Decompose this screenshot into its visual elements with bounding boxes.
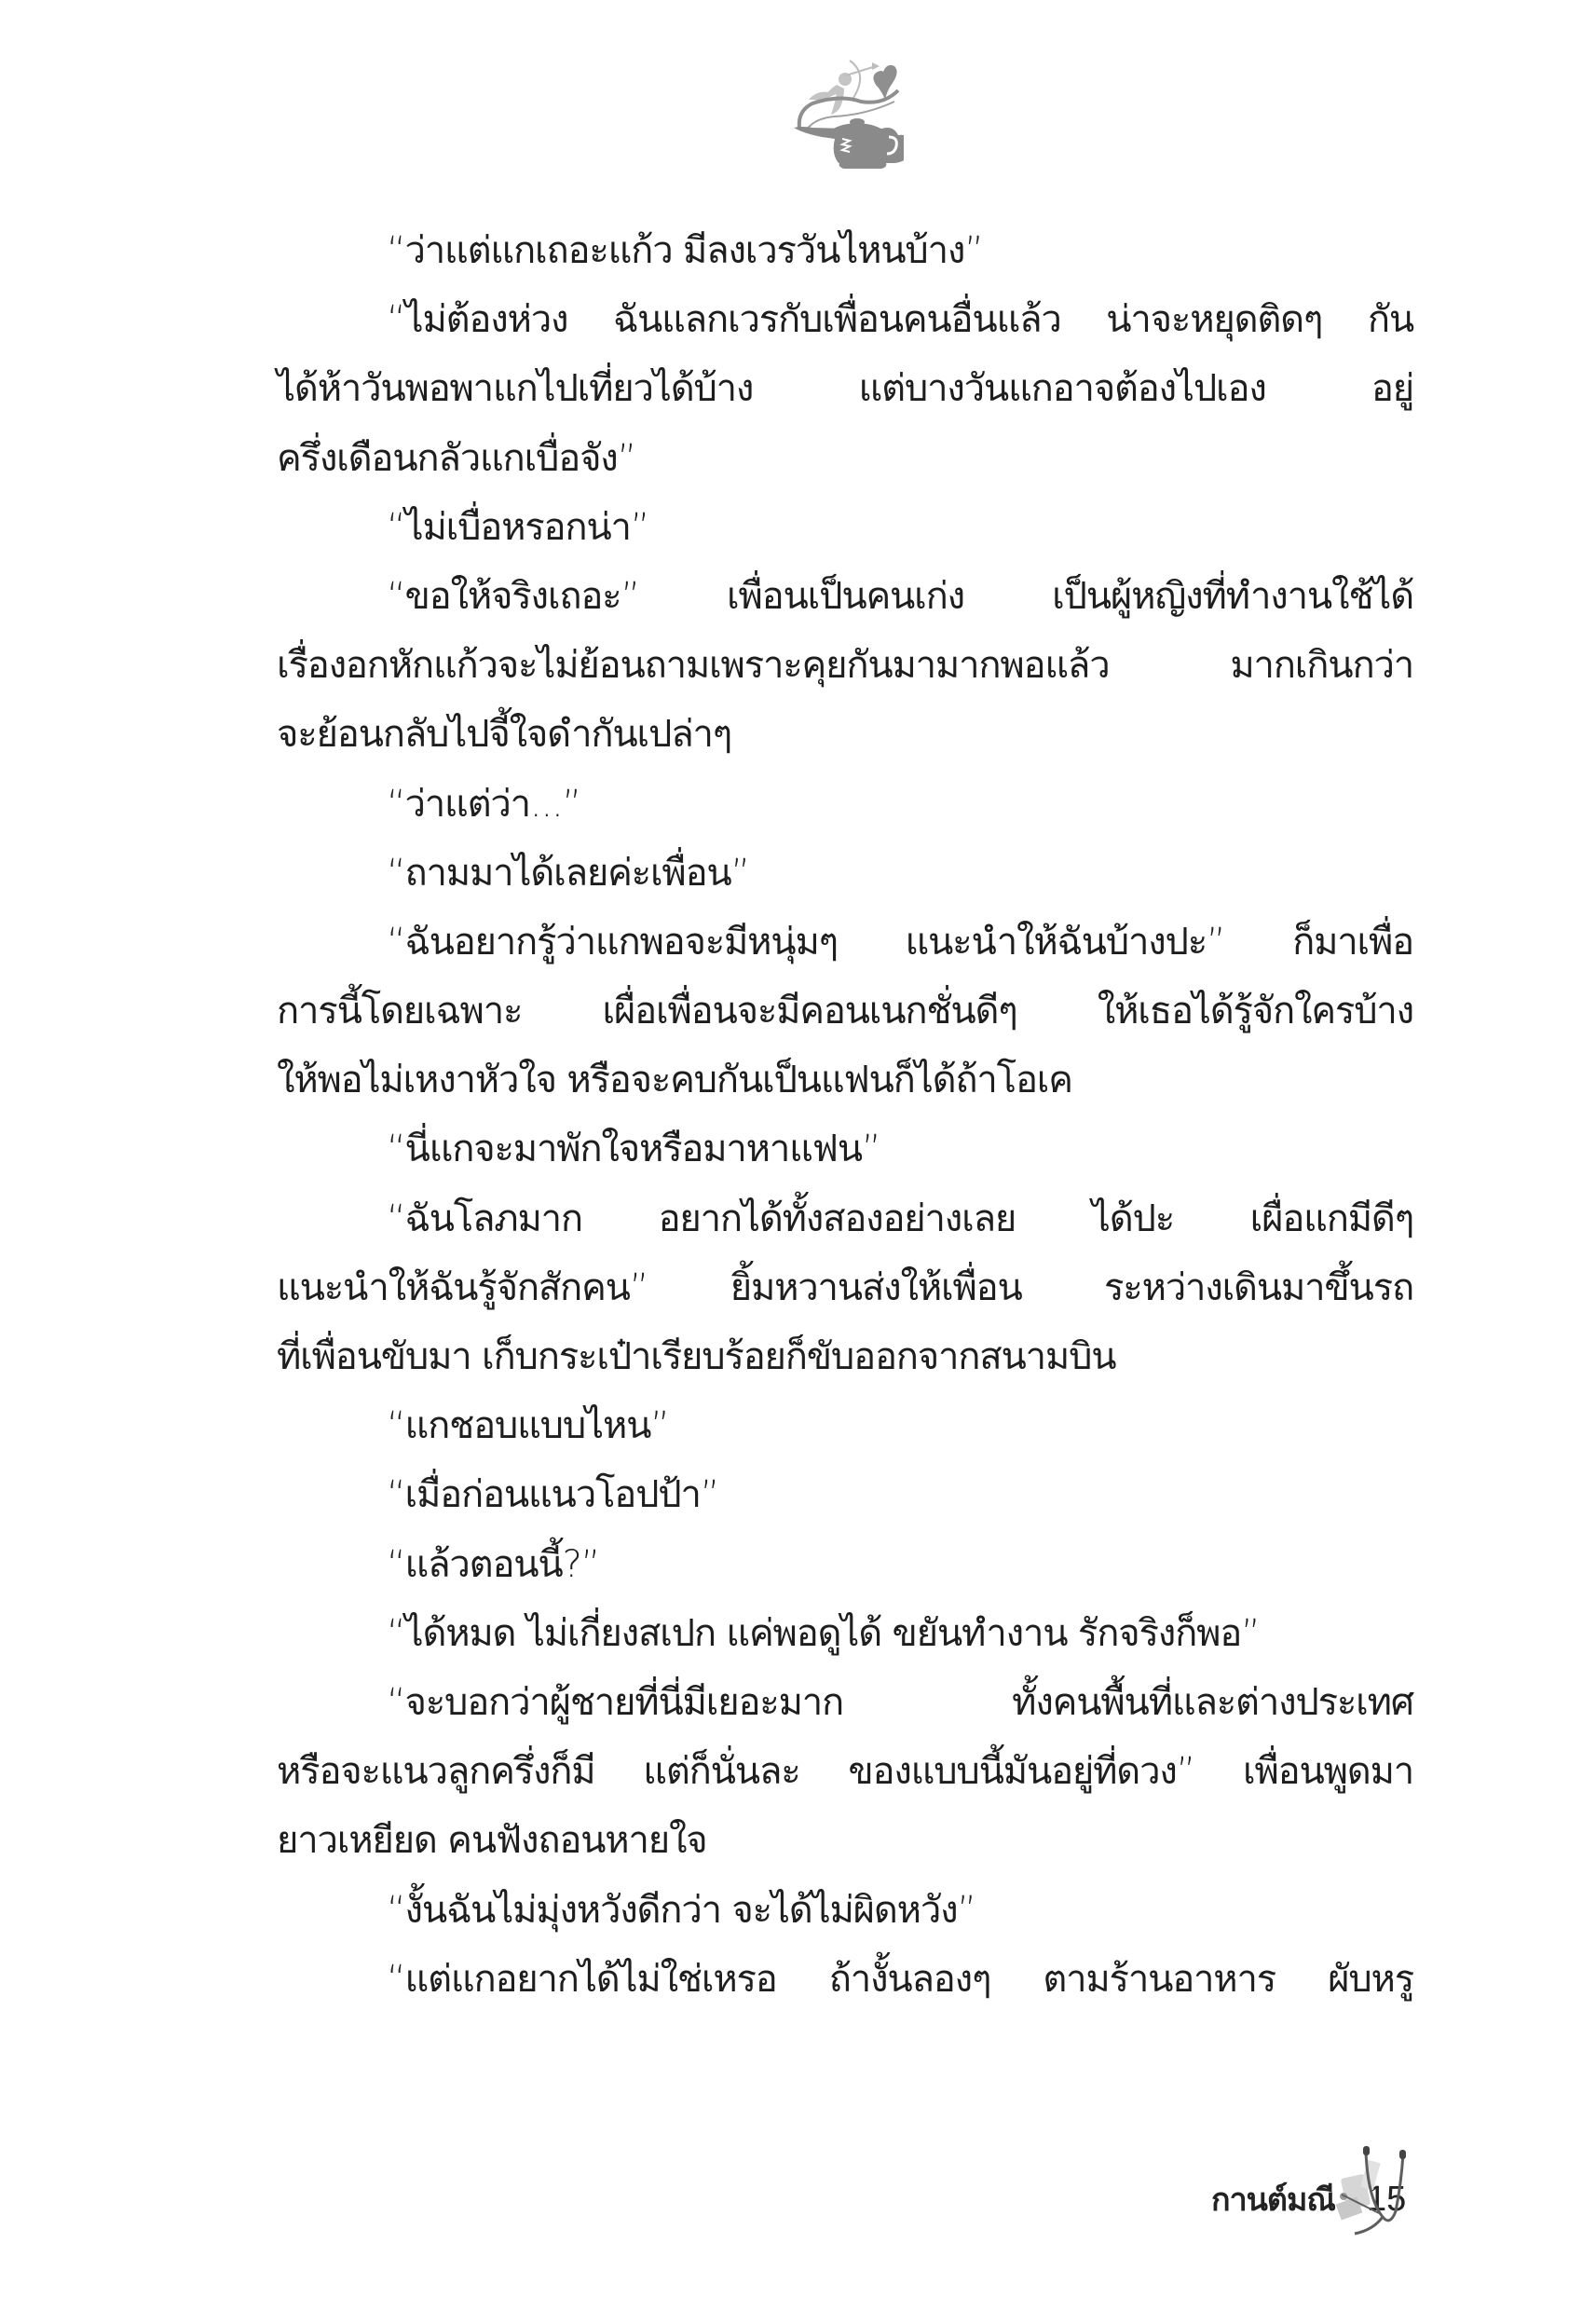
text-line: “งั้นฉันไม่มุ่งหวังดีกว่า จะได้ไม่ผิดหวั… <box>277 1876 1413 1945</box>
text-line: การนี้โดยเฉพาะ เผื่อเพื่อนจะมีคอนเนกชั่น… <box>277 977 1413 1046</box>
text-line: ครึ่งเดือนกลัวแกเบื่อจัง” <box>277 424 1413 493</box>
text-line: ให้พอไม่เหงาหัวใจ หรือจะคบกันเป็นแฟนก็ได… <box>277 1046 1413 1114</box>
text-line: ยาวเหยียด คนฟังถอนหายใจ <box>277 1806 1413 1875</box>
text-line: “จะบอกว่าผู้ชายที่นี่มีเยอะมาก ทั้งคนพื้… <box>277 1668 1413 1737</box>
text-line: “ขอให้จริงเถอะ” เพื่อนเป็นคนเก่ง เป็นผู้… <box>277 562 1413 631</box>
text-line: “ว่าแต่ว่า...” <box>277 770 1413 839</box>
author-name: กานต์มณี <box>1211 2174 1335 2224</box>
text-line: “ถามมาได้เลยค่ะเพื่อน” <box>277 839 1413 908</box>
text-line: “ไม่เบื่อหรอกน่า” <box>277 493 1413 562</box>
text-line: “นี่แกจะมาพักใจหรือมาหาแฟน” <box>277 1114 1413 1183</box>
text-line: จะย้อนกลับไปจี้ใจดำกันเปล่าๆ <box>277 700 1413 769</box>
text-line: “ไม่ต้องห่วง ฉันแลกเวรกับเพื่อนคนอื่นแล้… <box>277 285 1413 354</box>
book-page: “ว่าแต่แกเถอะแก้ว มีลงเวรวันไหนบ้าง” “ไม… <box>0 0 1596 2311</box>
text-line: “ฉันโลภมาก อยากได้ทั้งสองอย่างเลย ได้ปะ … <box>277 1184 1413 1253</box>
text-line: “ฉันอยากรู้ว่าแกพอจะมีหนุ่มๆ แนะนำให้ฉัน… <box>277 908 1413 977</box>
text-line: “แต่แกอยากได้ไม่ใช่เหรอ ถ้างั้นลองๆ ตามร… <box>277 1945 1413 2014</box>
text-line: “แกชอบแบบไหน” <box>277 1391 1413 1460</box>
story-body: “ว่าแต่แกเถอะแก้ว มีลงเวรวันไหนบ้าง” “ไม… <box>277 216 1413 2014</box>
stethoscope-icon <box>1332 2139 1407 2241</box>
text-line: ได้ห้าวันพอพาแกไปเที่ยวได้บ้าง แต่บางวัน… <box>277 354 1413 423</box>
text-line: แนะนำให้ฉันรู้จักสักคน” ยิ้มหวานส่งให้เพ… <box>277 1253 1413 1322</box>
text-line: “ว่าแต่แกเถอะแก้ว มีลงเวรวันไหนบ้าง” <box>277 216 1413 285</box>
cupid-genie-lamp-icon <box>773 51 904 172</box>
text-line: ที่เพื่อนขับมา เก็บกระเป๋าเรียบร้อยก็ขับ… <box>277 1322 1413 1391</box>
text-line: “เมื่อก่อนแนวโอปป้า” <box>277 1460 1413 1529</box>
text-line: เรื่องอกหักแก้วจะไม่ย้อนถามเพราะคุยกันมา… <box>277 631 1413 700</box>
text-line: หรือจะแนวลูกครึ่งก็มี แต่ก็นั่นละ ของแบบ… <box>277 1737 1413 1806</box>
text-line: “แล้วตอนนี้?” <box>277 1530 1413 1599</box>
text-line: “ได้หมด ไม่เกี่ยงสเปก แค่พอดูได้ ขยันทำง… <box>277 1599 1413 1668</box>
